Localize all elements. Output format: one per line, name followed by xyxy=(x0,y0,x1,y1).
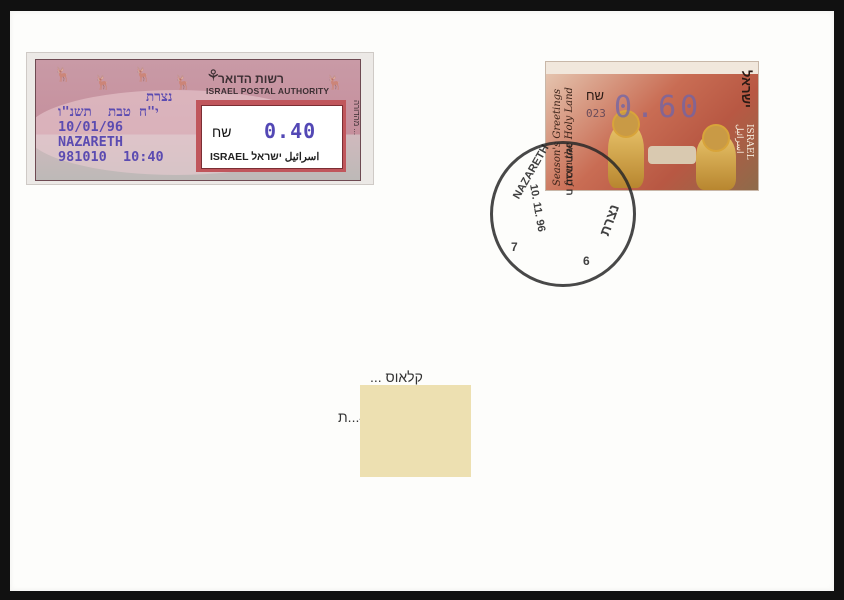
print-line: י"ח טבת תשנ"ו xyxy=(58,105,208,120)
print-line: 981010 10:40 xyxy=(58,150,208,165)
print-line: NAZARETH xyxy=(58,135,208,150)
halo-icon xyxy=(702,124,730,152)
deer-icon: 🦌 xyxy=(94,74,111,91)
postmark-number: 6 xyxy=(583,254,590,268)
stamp-country-english: ISRAEL اسرائيل xyxy=(734,124,754,190)
authority-english: ISRAEL POSTAL AUTHORITY xyxy=(206,86,329,96)
machine-number: 023 xyxy=(586,107,606,120)
atm-postage-label: 🦌 🦌 🦌 🦌 🦌 ⚘ רשות הדואר ISRAEL POSTAL AUT… xyxy=(26,52,374,185)
deer-icon: 🦌 xyxy=(174,74,191,91)
postmark-number: 7 xyxy=(511,240,518,254)
manger-figure xyxy=(648,146,696,164)
postmark-cancellation: NAZARETH ח טבת תשנ 10. 11. 96 7 6 נצרת xyxy=(490,141,636,287)
postmark-hebrew-date: ח טבת תשנ xyxy=(564,143,575,195)
deer-icon: 🦌 xyxy=(54,66,71,83)
currency-label: שח xyxy=(212,124,231,140)
postmark-city-hebrew: נצרת xyxy=(596,202,622,238)
print-block: נצרת י"ח טבת תשנ"ו 10/01/96 NAZARETH 981… xyxy=(58,90,208,165)
deer-icon: 🦌 xyxy=(134,66,151,83)
value-frame: שח 0.40 ISRAEL اسرائيل ישראל xyxy=(196,100,346,172)
stamp-country-hebrew: ישראל xyxy=(739,70,754,108)
print-line: 10/01/96 xyxy=(58,120,208,135)
print-line: נצרת xyxy=(58,90,208,105)
stamp-currency: שח xyxy=(586,88,604,103)
vertical-edition-text: מהדורה ... xyxy=(352,100,361,135)
address-redaction-block xyxy=(360,385,471,477)
value-panel: שח 0.40 ISRAEL اسرائيل ישראל xyxy=(201,105,343,169)
country-line: ISRAEL اسرائيل ישראל xyxy=(210,151,319,163)
address-line: קלאוס ... xyxy=(370,369,423,385)
postmark-date: 10. 11. 96 xyxy=(527,183,547,233)
stamp-value: 0.60 xyxy=(614,90,702,125)
authority-hebrew: רשות הדואר xyxy=(218,72,284,86)
envelope: 🦌 🦌 🦌 🦌 🦌 ⚘ רשות הדואר ISRAEL POSTAL AUT… xyxy=(10,11,834,591)
stamp-top-band xyxy=(546,62,758,74)
postage-value: 0.40 xyxy=(264,119,316,143)
atm-label-body: 🦌 🦌 🦌 🦌 🦌 ⚘ רשות הדואר ISRAEL POSTAL AUT… xyxy=(35,59,361,181)
